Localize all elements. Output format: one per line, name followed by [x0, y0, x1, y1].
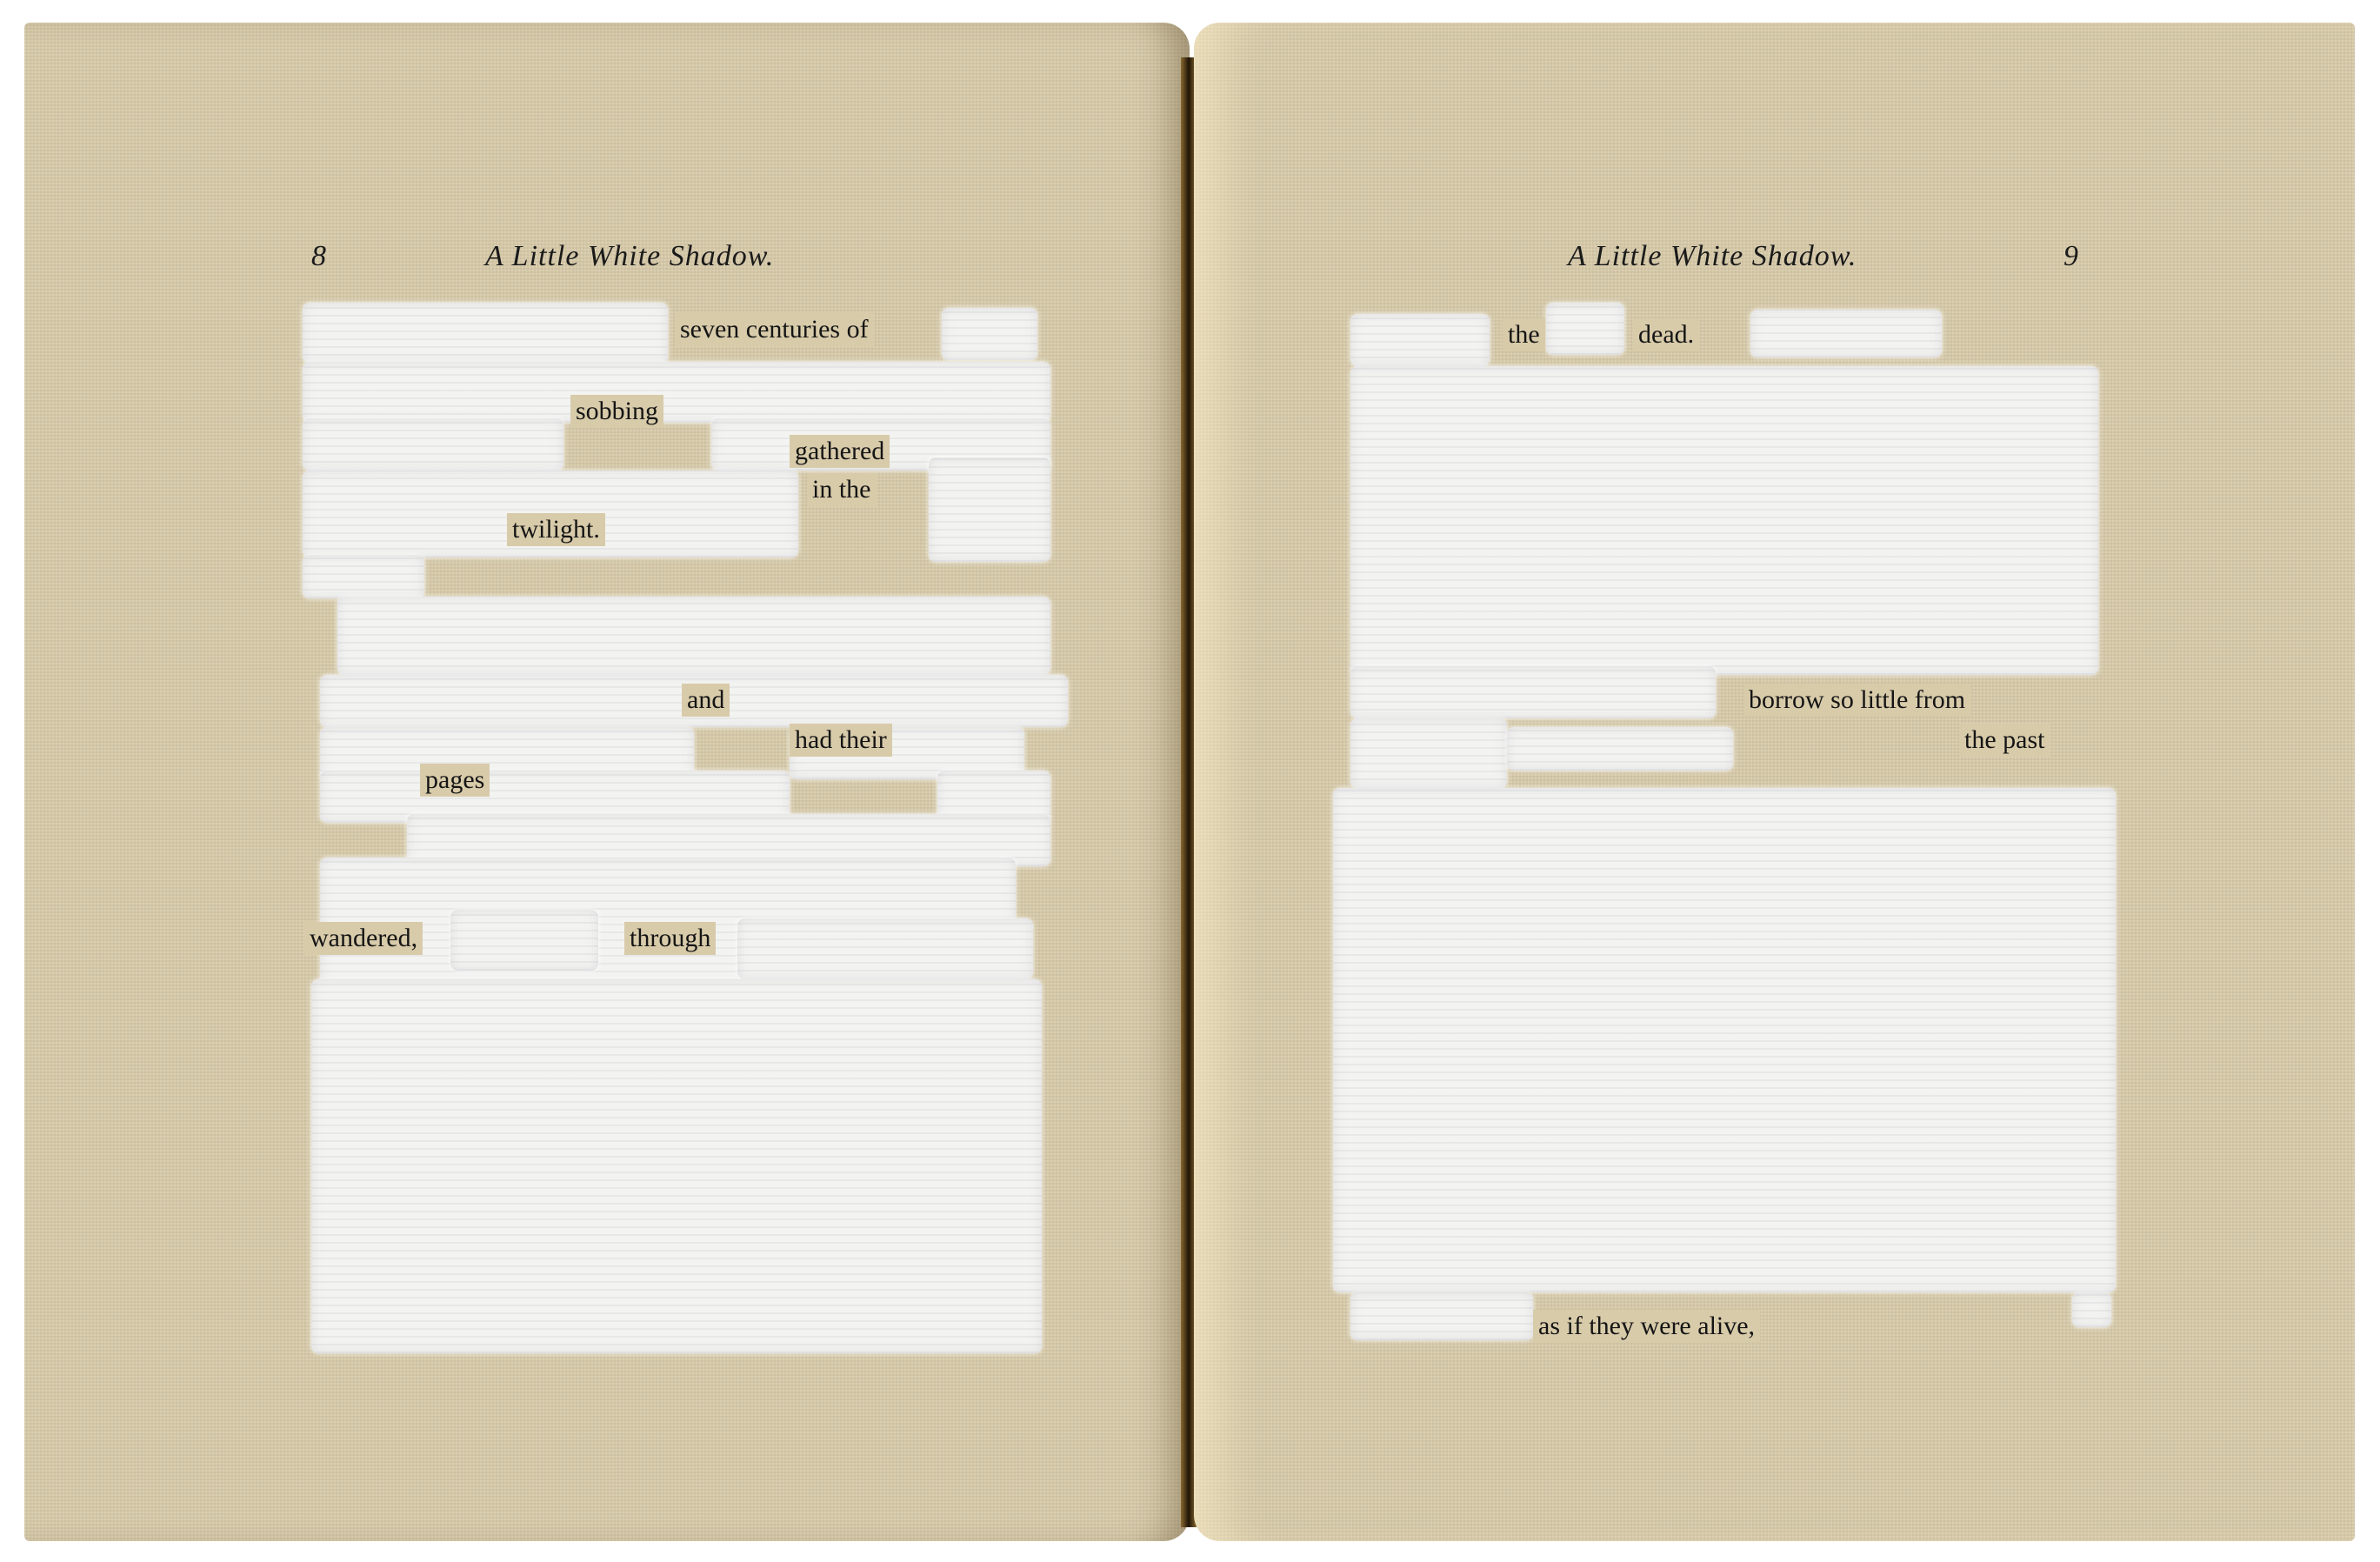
found-word: dead. — [1633, 318, 1699, 351]
paint-block — [1350, 666, 1716, 718]
found-word: the — [1503, 318, 1545, 351]
paint-block — [1507, 727, 1733, 771]
paint-block — [1546, 303, 1624, 355]
paint-block — [303, 303, 668, 364]
paint-block — [1750, 310, 1942, 357]
found-word: gathered — [790, 435, 890, 468]
open-book-spread: 8 A Little White Shadow. seven centuries… — [24, 23, 2355, 1541]
paint-block — [303, 555, 424, 598]
found-word: pages — [420, 764, 490, 797]
paint-block — [311, 979, 1042, 1353]
found-word: as if they were alive, — [1533, 1310, 1760, 1343]
paint-block — [1333, 788, 2116, 1292]
paint-block — [942, 308, 1037, 360]
found-word: seven centuries of — [675, 313, 874, 346]
paint-block — [1350, 718, 1507, 788]
found-word: the past — [1959, 724, 2050, 757]
paint-block — [929, 457, 1050, 562]
paint-block — [737, 918, 1033, 979]
running-head-right: A Little White Shadow. — [1568, 240, 1857, 273]
page-number-right: 9 — [2063, 240, 2078, 273]
paint-block — [2072, 1292, 2111, 1327]
found-word: borrow so little from — [1743, 684, 1970, 717]
found-word: sobbing — [570, 395, 663, 428]
found-word: through — [624, 922, 716, 955]
found-word: twilight. — [507, 513, 605, 546]
paint-block — [1350, 314, 1490, 366]
paint-block — [1350, 1292, 1533, 1340]
paint-block — [337, 597, 1050, 675]
paint-block — [303, 418, 563, 471]
found-word: in the — [807, 473, 877, 506]
left-page: 8 A Little White Shadow. seven centuries… — [24, 23, 1190, 1541]
right-page: A Little White Shadow. 9 the dead. borro… — [1194, 23, 2355, 1541]
found-word: wandered, — [304, 922, 423, 955]
paint-block — [450, 910, 598, 971]
running-head-left: A Little White Shadow. — [485, 240, 774, 273]
paint-block — [1350, 366, 2098, 675]
found-word: had their — [790, 724, 892, 757]
found-word: and — [682, 684, 730, 717]
paint-block — [303, 362, 1050, 423]
page-number-left: 8 — [311, 240, 326, 273]
